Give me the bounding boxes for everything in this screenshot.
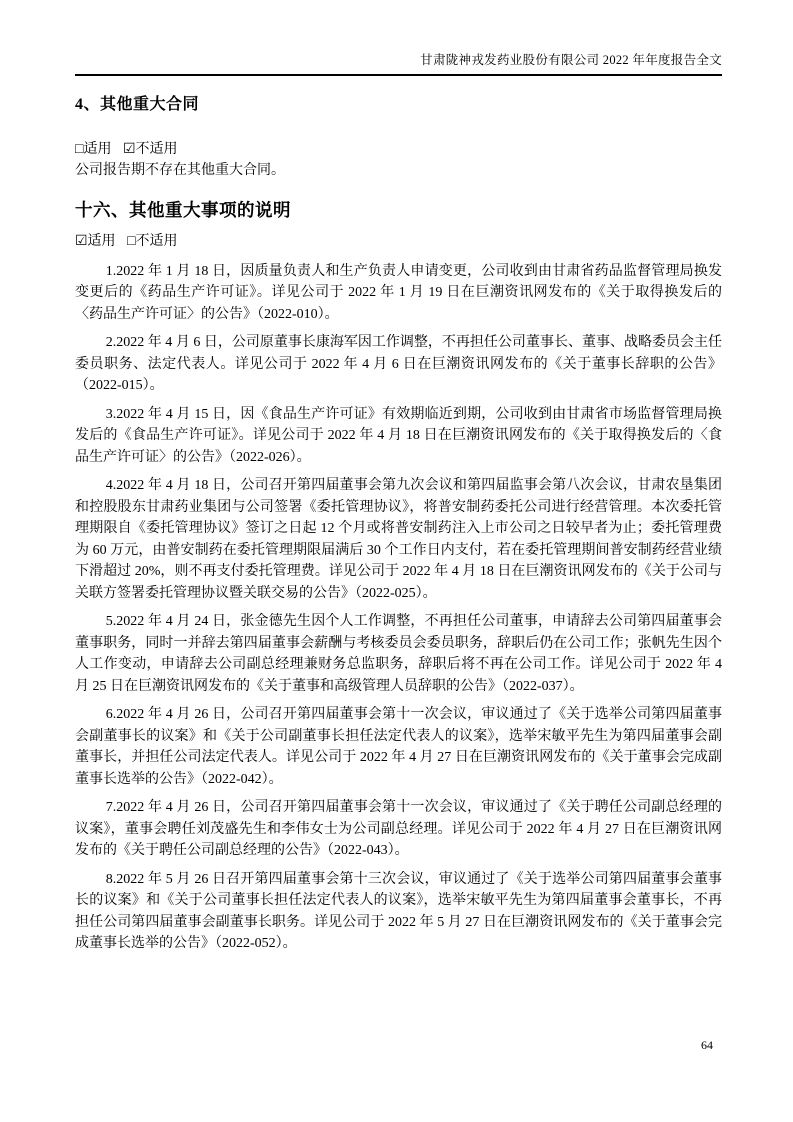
page-header: 甘肃陇神戎发药业股份有限公司 2022 年年度报告全文 bbox=[75, 53, 722, 76]
matter-paragraph-1: 1.2022 年 1 月 18 日，因质量负责人和生产负责人申请变更，公司收到由… bbox=[75, 261, 722, 326]
matters-not-applicable-checkbox: □不适用 bbox=[127, 234, 177, 249]
contracts-applicable-checkbox: □适用 bbox=[75, 142, 111, 157]
matters-paragraphs: 1.2022 年 1 月 18 日，因质量负责人和生产负责人申请变更，公司收到由… bbox=[75, 261, 722, 955]
matter-paragraph-8: 8.2022 年 5 月 26 日召开第四届董事会第十三次会议，审议通过了《关于… bbox=[75, 869, 722, 955]
report-page: 甘肃陇神戎发药业股份有限公司 2022 年年度报告全文 4、其他重大合同 □适用… bbox=[0, 0, 793, 1122]
matters-applicable-checkbox: ☑适用 bbox=[75, 234, 116, 249]
matter-paragraph-4: 4.2022 年 4 月 18 日，公司召开第四届董事会第九次会议和第四届监事会… bbox=[75, 475, 722, 604]
contracts-applicability-row: □适用 ☑不适用 bbox=[75, 139, 722, 161]
matter-paragraph-3: 3.2022 年 4 月 15 日，因《食品生产许可证》有效期临近到期，公司收到… bbox=[75, 404, 722, 469]
section-other-contracts-title: 4、其他重大合同 bbox=[75, 95, 722, 115]
matters-applicability-row: ☑适用 □不适用 bbox=[75, 231, 722, 253]
matter-paragraph-2: 2.2022 年 4 月 6 日，公司原董事长康海军因工作调整，不再担任公司董事… bbox=[75, 332, 722, 397]
contracts-statement: 公司报告期不存在其他重大合同。 bbox=[75, 160, 722, 182]
page-footer: 64 bbox=[701, 1038, 713, 1052]
report-header-title: 甘肃陇神戎发药业股份有限公司 2022 年年度报告全文 bbox=[420, 53, 722, 67]
matter-paragraph-6: 6.2022 年 4 月 26 日，公司召开第四届董事会第十一次会议，审议通过了… bbox=[75, 704, 722, 790]
section-other-matters-title: 十六、其他重大事项的说明 bbox=[75, 199, 722, 222]
matter-paragraph-7: 7.2022 年 4 月 26 日，公司召开第四届董事会第十一次会议，审议通过了… bbox=[75, 797, 722, 862]
page-body: 4、其他重大合同 □适用 ☑不适用 公司报告期不存在其他重大合同。 十六、其他重… bbox=[75, 95, 722, 955]
page-number: 64 bbox=[701, 1038, 713, 1052]
contracts-not-applicable-checkbox: ☑不适用 bbox=[123, 142, 178, 157]
matter-paragraph-5: 5.2022 年 4 月 24 日，张金德先生因个人工作调整，不再担任公司董事，… bbox=[75, 611, 722, 697]
